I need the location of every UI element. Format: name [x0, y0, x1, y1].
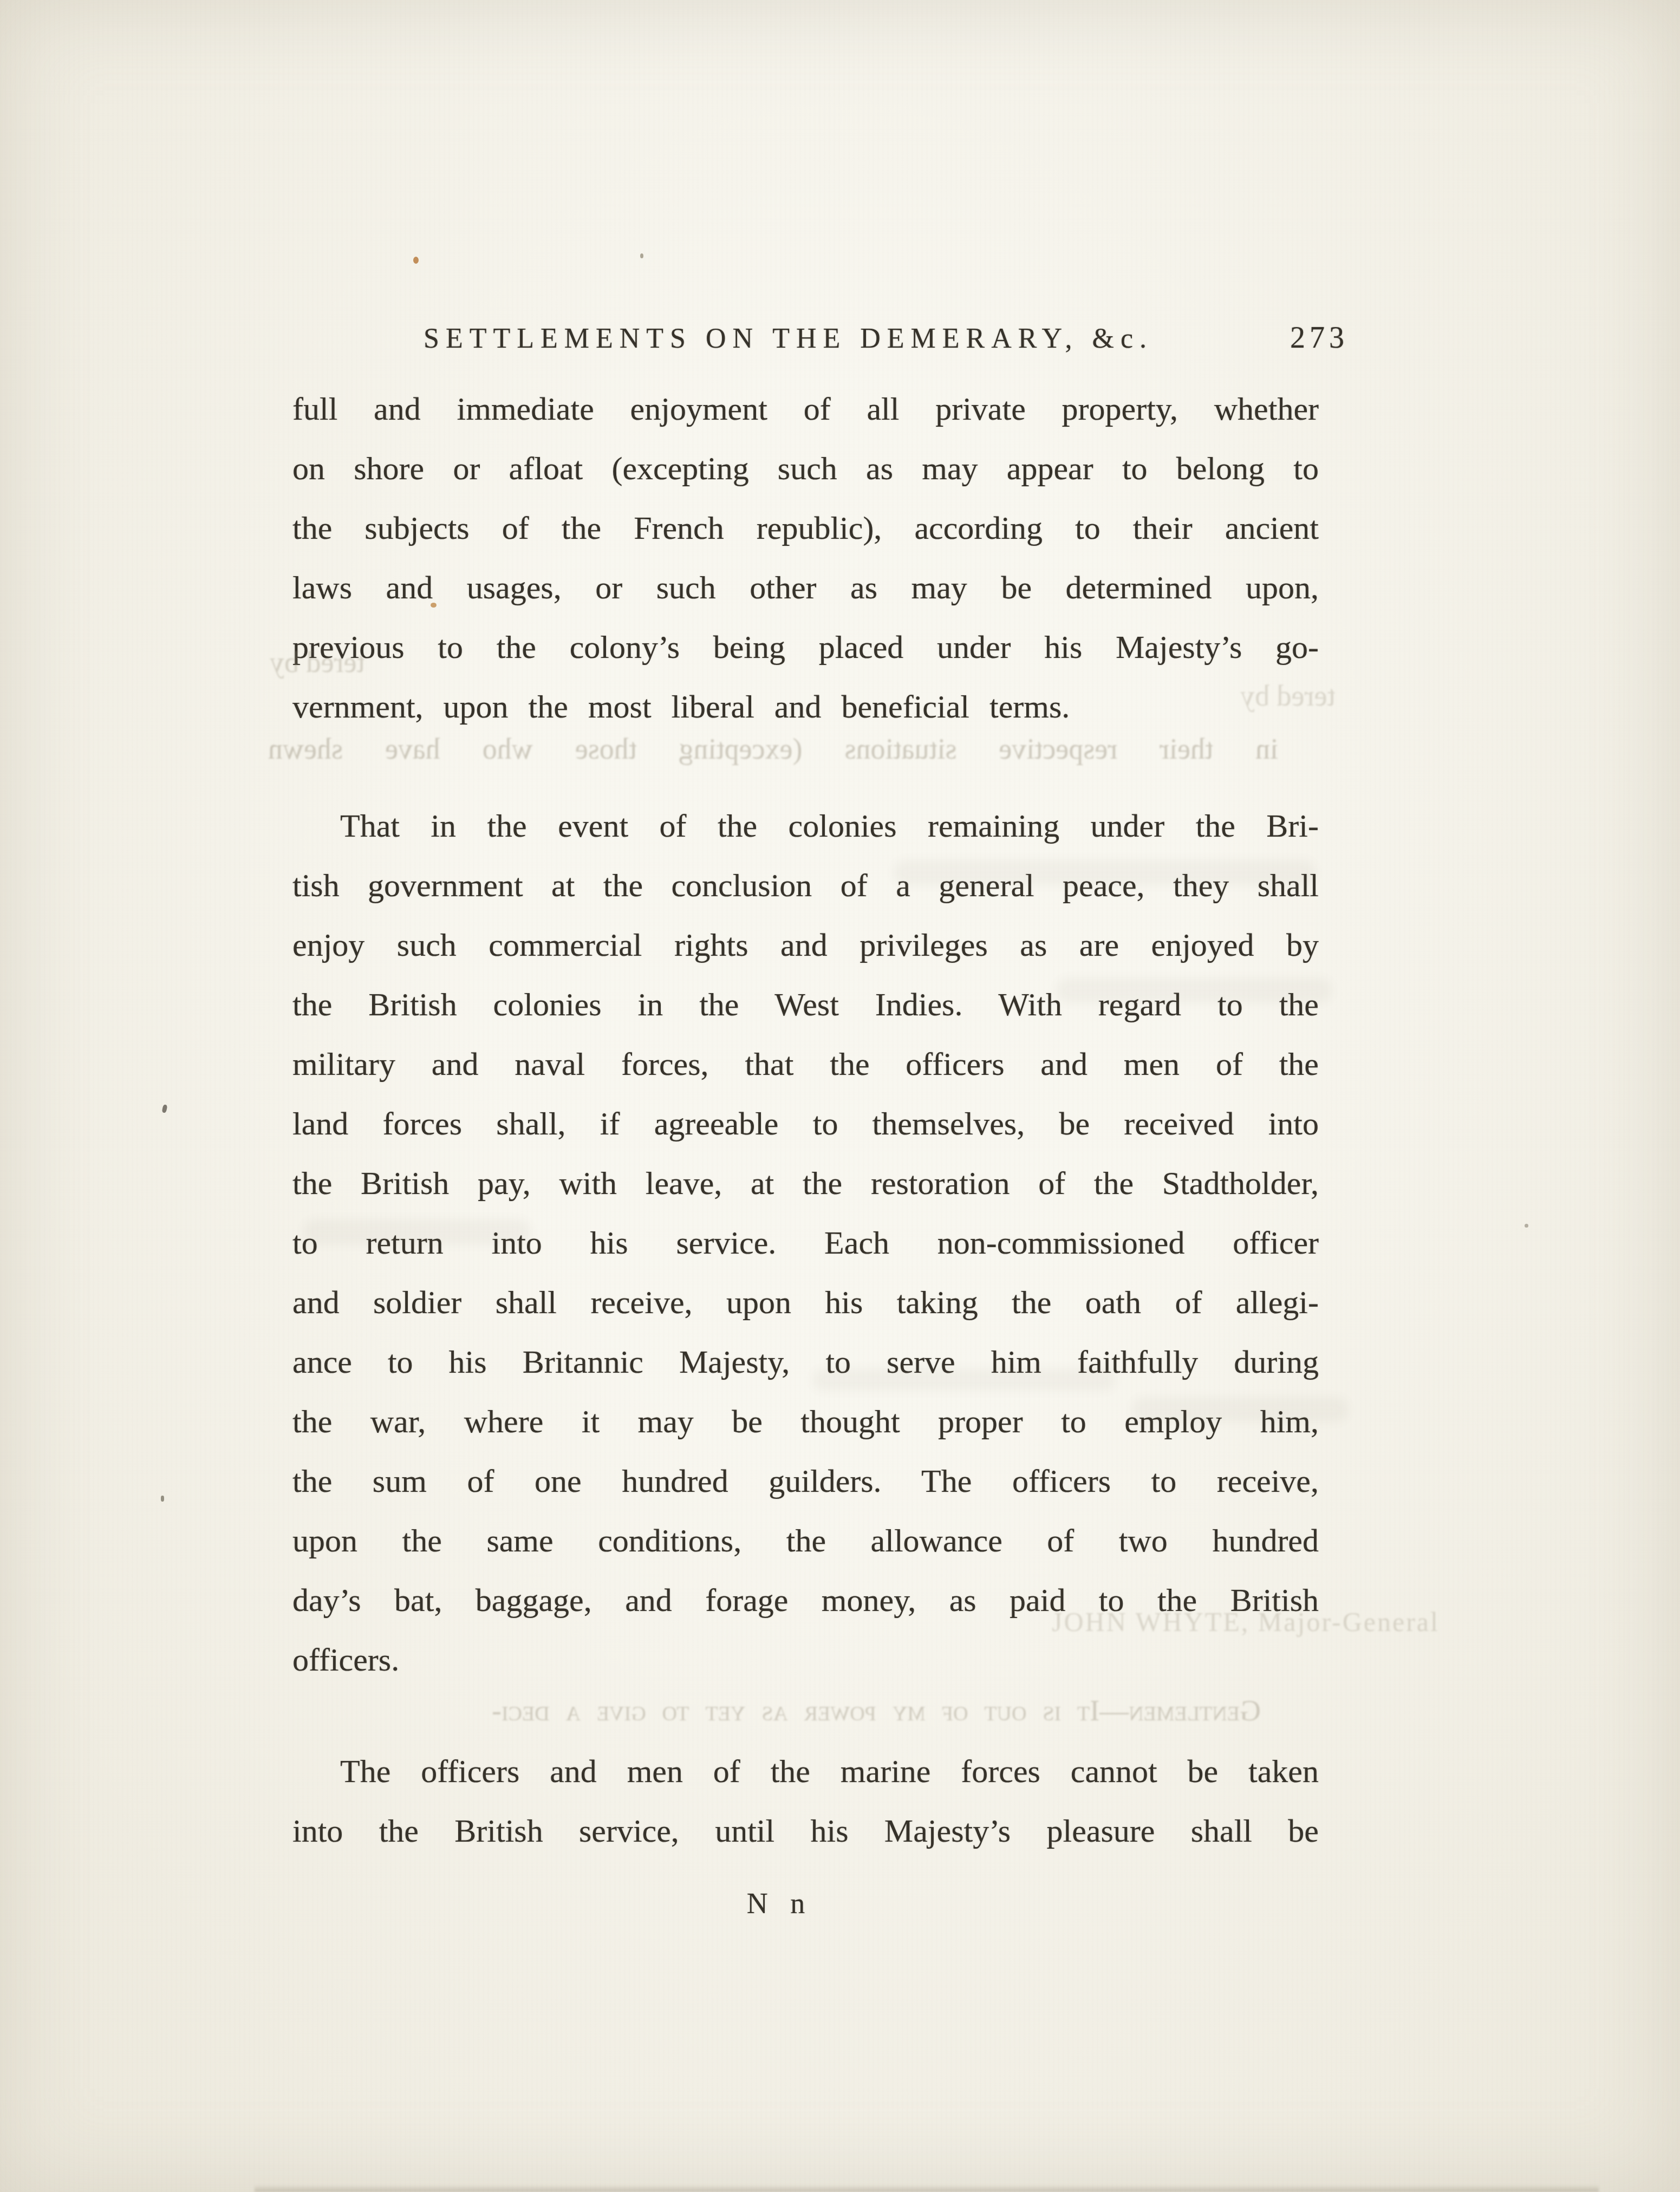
text-line: upon the same conditions, the allowance …	[292, 1511, 1319, 1570]
ghost-bleedthrough-fragment: tered by	[1240, 679, 1335, 713]
text-line: laws and usages, or such other as may be…	[292, 558, 1319, 617]
text-line: previous to the colony’s being placed un…	[292, 617, 1319, 677]
text-line: land forces shall, if agreeable to thems…	[292, 1094, 1319, 1153]
signature-mark: N n	[292, 1874, 1267, 1933]
ink-mark	[161, 1496, 164, 1502]
ghost-showthrough-name: JOHN WHYTE, Major-General	[1052, 1606, 1440, 1638]
page-header: SETTLEMENTS ON THE DEMERARY, &c. 273	[292, 323, 1319, 362]
text-line: The officers and men of the marine force…	[292, 1741, 1319, 1801]
scanned-book-page: SETTLEMENTS ON THE DEMERARY, &c. 273 ful…	[0, 0, 1680, 2192]
text-line: the British pay, with leave, at the rest…	[292, 1153, 1319, 1213]
ink-showthrough-smudge	[1056, 978, 1332, 1003]
paper-speck	[431, 603, 437, 608]
paper-speck	[640, 253, 643, 258]
paragraph-3: The officers and men of the marine force…	[292, 1741, 1319, 1861]
text-line: ance to his Britannic Majesty, to serve …	[292, 1332, 1319, 1392]
ghost-bleedthrough-fragment: tered by	[270, 645, 364, 679]
ink-showthrough-smudge	[812, 1369, 1116, 1391]
page-bottom-edge-shadow	[255, 2185, 1599, 2192]
text-line: That in the event of the colonies remain…	[292, 796, 1319, 856]
ink-showthrough-smudge	[303, 1219, 531, 1244]
ghost-bleedthrough-line: in their respective situations (exceptin…	[268, 732, 1278, 766]
paper-speck	[1525, 1224, 1528, 1228]
text-line: the sum of one hundred guilders. The off…	[292, 1451, 1319, 1511]
text-line: the subjects of the French republic), ac…	[292, 498, 1319, 558]
ink-showthrough-smudge	[1132, 1397, 1349, 1422]
text-line: and soldier shall receive, upon his taki…	[292, 1273, 1319, 1332]
paragraph-1: full and immediate enjoyment of all priv…	[292, 379, 1319, 736]
page-number: 273	[1290, 321, 1349, 355]
text-line: enjoy such commercial rights and privile…	[292, 915, 1319, 975]
paper-speck	[413, 257, 419, 264]
text-line: full and immediate enjoyment of all priv…	[292, 379, 1319, 439]
text-line: vernment, upon the most liberal and bene…	[292, 677, 1319, 736]
text-line: military and naval forces, that the offi…	[292, 1034, 1319, 1094]
running-head-title: SETTLEMENTS ON THE DEMERARY, &c.	[424, 323, 1153, 355]
text-line: on shore or afloat (excepting such as ma…	[292, 439, 1319, 498]
ink-showthrough-smudge	[894, 860, 1316, 885]
text-line: into the British service, until his Maje…	[292, 1801, 1319, 1861]
ghost-bleedthrough-line: Gentlemen—It is out of my power as yet t…	[492, 1694, 1261, 1727]
text-line: officers.	[292, 1630, 1319, 1689]
ink-mark	[162, 1104, 168, 1113]
